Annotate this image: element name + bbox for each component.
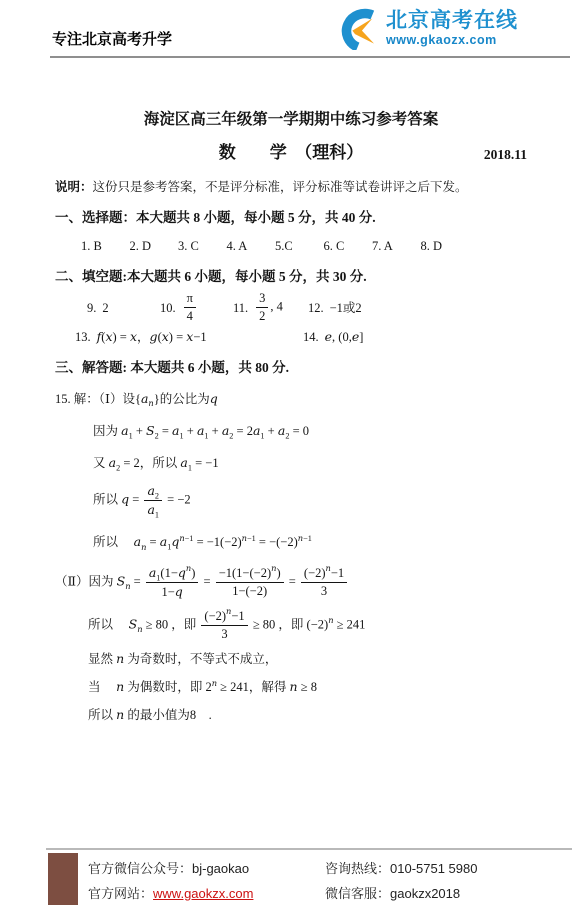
solution-line: 所以 an = a1qn−1 = −1(−2)n−1 = −(−2)n−1 xyxy=(93,534,527,550)
logo-text-block: 北京高考在线 www.gkaozx.com xyxy=(386,10,518,47)
exam-date: 2018.11 xyxy=(484,146,527,164)
solution-line: 显然 n 为奇数时，不等式不成立， xyxy=(88,651,527,667)
solution-line: 15. 解：（Ⅰ）设{an}的公比为q xyxy=(55,391,527,407)
fillin-answer: 13.f(x) = x，g(x) = x−1 xyxy=(75,329,303,345)
footer-body: 官方微信公众号：bj-gaokao 官方网站：www.gaokzx.com 咨询… xyxy=(0,850,580,910)
choice-answer: 4. A xyxy=(227,238,276,254)
fillin-answers-row2: 13.f(x) = x，g(x) = x−1 14.e, (0,e] xyxy=(75,329,527,345)
fillin-answers-row1: 9.2 10.π4 11.32, 4 12.−1或2 xyxy=(87,290,527,326)
fillin-answer: 12.−1或2 xyxy=(308,300,362,316)
subject-row: 数 学 （理科） 2018.11 xyxy=(55,142,527,164)
logo-url: www.gkaozx.com xyxy=(386,34,518,47)
choice-answer: 3. C xyxy=(178,238,227,254)
website-link[interactable]: www.gaokzx.com xyxy=(153,886,253,901)
note-line: 说明：这份只是参考答案，不是评分标准，评分标准等试卷讲评之后下发。 xyxy=(55,179,527,195)
document-content: 海淀区高三年级第一学期期中练习参考答案 数 学 （理科） 2018.11 说明：… xyxy=(55,110,527,723)
subject-title: 数 学 （理科） xyxy=(219,143,364,162)
choice-answers-row: 1. B 2. D 3. C 4. A 5.C 6. C 7. A 8. D xyxy=(81,238,527,254)
footer-wechat-public: 官方微信公众号：bj-gaokao xyxy=(88,857,253,882)
exam-title: 海淀区高三年级第一学期期中练习参考答案 xyxy=(55,110,527,130)
footer-left-column: 官方微信公众号：bj-gaokao 官方网站：www.gaokzx.com xyxy=(88,857,253,906)
section2-heading: 二、填空题:本大题共 6 小题，每小题 5 分，共 30 分. xyxy=(55,268,527,286)
note-text: 这份只是参考答案，不是评分标准，评分标准等试卷讲评之后下发。 xyxy=(93,180,468,194)
footer-website-line: 官方网站：www.gaokzx.com xyxy=(88,882,253,907)
problem15-solution: 15. 解：（Ⅰ）设{an}的公比为q 因为 a1 + S2 = a1 + a1… xyxy=(55,391,527,724)
header-divider xyxy=(50,56,570,58)
fillin-answer: 14.e, (0,e] xyxy=(303,329,363,345)
solution-line: （Ⅱ）因为 Sn = a1(1−qn)1−q = −1(1−(−2)n)1−(−… xyxy=(55,565,527,600)
footer-hotline: 咨询热线：010-5751 5980 xyxy=(325,857,477,882)
choice-answer: 6. C xyxy=(324,238,373,254)
choice-answer: 7. A xyxy=(372,238,421,254)
document-page: 专注北京高考升学 北京高考在线 www.gkaozx.com 海淀区高三年级第一… xyxy=(0,0,580,913)
section1-heading: 一、选择题：本大题共 8 小题，每小题 5 分，共 40 分. xyxy=(55,209,527,227)
fillin-answer: 11.32, 4 xyxy=(233,291,308,324)
footer-right-column: 咨询热线：010-5751 5980 微信客服：gaokzx2018 xyxy=(325,857,477,906)
footer-website-label: 官方网站： xyxy=(88,886,153,901)
solution-line: 又 a2 = 2，所以 a1 = −1 xyxy=(93,455,527,471)
footer-brand-square xyxy=(48,853,78,905)
solution-line: 所以 q = a2a1 = −2 xyxy=(93,483,527,518)
fillin-answer: 9.2 xyxy=(87,300,160,316)
choice-answer: 5.C xyxy=(275,238,324,254)
choice-answer: 2. D xyxy=(130,238,179,254)
section3-heading: 三、解答题: 本大题共 6 小题，共 80 分. xyxy=(55,359,527,377)
footer-wechat-service: 微信客服：gaokzx2018 xyxy=(325,882,477,907)
note-label: 说明： xyxy=(55,180,93,194)
solution-line: 所以 Sn ≥ 80 ，即 (−2)n−13 ≥ 80 ，即 (−2)n ≥ 2… xyxy=(88,609,527,642)
choice-answer: 8. D xyxy=(421,238,470,254)
site-logo: 北京高考在线 www.gkaozx.com xyxy=(329,6,518,50)
solution-line: 因为 a1 + S2 = a1 + a1 + a2 = 2a1 + a2 = 0 xyxy=(93,423,527,439)
logo-title: 北京高考在线 xyxy=(386,10,518,31)
fillin-answer: 10.π4 xyxy=(160,291,233,324)
header-tagline: 专注北京高考升学 xyxy=(52,28,172,49)
gk-logo-icon xyxy=(329,6,381,50)
page-header: 专注北京高考升学 北京高考在线 www.gkaozx.com xyxy=(0,0,580,58)
solution-line: 所以 n 的最小值为8 . xyxy=(88,707,527,723)
choice-answer: 1. B xyxy=(81,238,130,254)
page-footer: 官方微信公众号：bj-gaokao 官方网站：www.gaokzx.com 咨询… xyxy=(0,848,580,913)
solution-line: 当 n 为偶数时，即 2n ≥ 241，解得 n ≥ 8 xyxy=(88,679,527,695)
